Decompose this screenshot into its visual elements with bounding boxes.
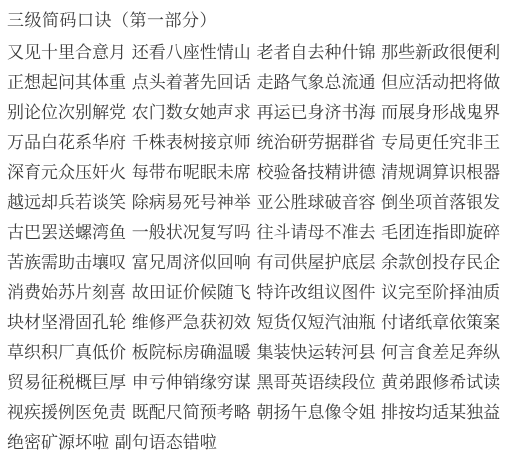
verse-line-13: 视疾援例医免责 既配尺简预考略 朝扬午息像令姐 排按均适某独益: [7, 398, 508, 428]
document-page: 三级简码口诀（第一部分） 又见十里合意月 还看八座性情山 老者自去种什锦 那些新…: [0, 0, 512, 455]
verse-line-7: 古巴罢送螺湾鱼 一般状况复写吗 往斗请母不准去 毛团连指即旋碎: [7, 218, 508, 248]
verse-line-8: 苦族需助击壤叹 富兄周济似回响 有司供屋护底层 余款创投存民企: [7, 248, 508, 278]
verse-line-3: 别论位次别解党 农门数女她声求 再运已身济书海 而展身形战鬼界: [7, 98, 508, 128]
verse-line-1: 又见十里合意月 还看八座性情山 老者自去种什锦 那些新政很便利: [7, 38, 508, 68]
verse-line-11: 草织积厂真低价 板院标房确温暖 集装快运转河县 何言食差足奔纵: [7, 338, 508, 368]
verse-line-12: 贸易征税概巨厚 申亏伸销缘穷谋 黑哥英语续段位 黄弟跟修希试读: [7, 368, 508, 398]
page-title: 三级简码口诀（第一部分）: [7, 8, 508, 34]
verse-line-2: 正想起问其体重 点头着著先回话 走路气象总流通 但应活动把将做: [7, 68, 508, 98]
verse-line-10: 块材坚滑固孔轮 维修严急获初效 短货仅短汽油瓶 付诸纸章依策案: [7, 308, 508, 338]
verse-line-5: 深育元众压奸火 每带布呢眠未席 校验备技精讲德 清规调算识根器: [7, 158, 508, 188]
verse-line-4: 万品白花系华府 千株表树接京师 统治研劳据群省 专局更任究非王: [7, 128, 508, 158]
verse-line-14: 绝密矿源坏啦 副句语态错啦: [7, 428, 508, 455]
verse-body: 又见十里合意月 还看八座性情山 老者自去种什锦 那些新政很便利 正想起问其体重 …: [7, 38, 508, 455]
verse-line-6: 越远却兵若谈笑 除病易死号神举 亚公胜球破音容 倒坐项首落银发: [7, 188, 508, 218]
verse-line-9: 消费始苏片刻喜 故田证价候随飞 特许改组议图件 议完至阶择油质: [7, 278, 508, 308]
